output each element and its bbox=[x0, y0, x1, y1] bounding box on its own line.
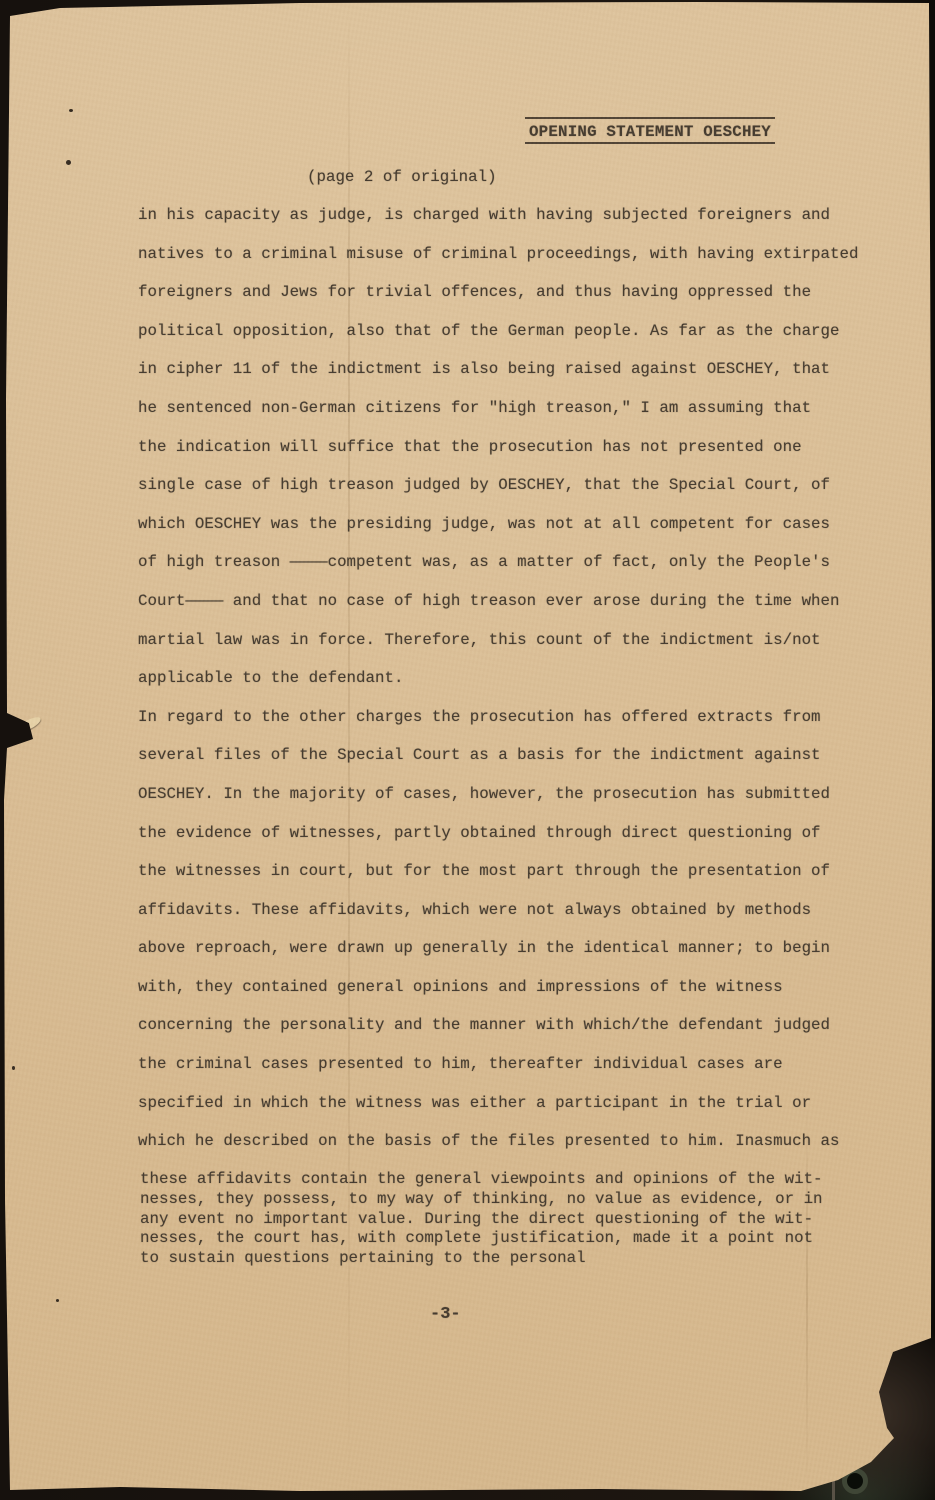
ink-speck bbox=[12, 1066, 15, 1070]
body-text-double-spaced: in his capacity as judge, is charged wit… bbox=[138, 196, 858, 1161]
ink-speck bbox=[56, 1299, 59, 1302]
body-text-single-spaced: these affidavits contain the general vie… bbox=[140, 1170, 823, 1269]
document-page: OPENING STATEMENT OESCHEY (page 2 of ori… bbox=[0, 0, 935, 1500]
page-number: -3- bbox=[430, 1305, 461, 1324]
ink-speck bbox=[69, 109, 73, 112]
document-title: OPENING STATEMENT OESCHEY bbox=[525, 117, 775, 144]
scanned-page-photo: OPENING STATEMENT OESCHEY (page 2 of ori… bbox=[0, 0, 935, 1500]
paper-tear-curl bbox=[15, 714, 42, 734]
ink-speck bbox=[66, 160, 71, 165]
page-reference-note: (page 2 of original) bbox=[307, 168, 497, 186]
